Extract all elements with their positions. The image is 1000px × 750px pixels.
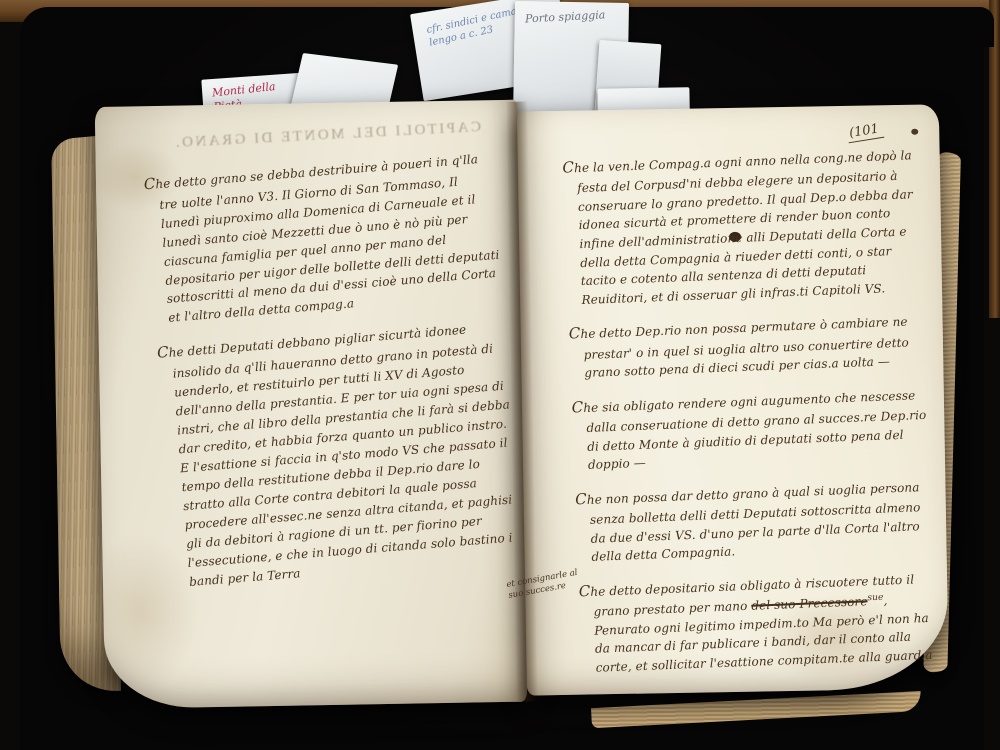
manuscript-paragraph: Che non possa dar detto grano à qual si …	[575, 475, 934, 568]
interlinear-insertion: sue	[867, 593, 883, 604]
wooden-table-edge-right	[989, 0, 1000, 318]
right-page-text-block: Che la ven.le Compag.a ogni anno nella c…	[562, 143, 938, 691]
black-cloth-backdrop-step	[878, 7, 994, 47]
manuscript-paragraph: Che detti Deputati debbano pigliar sicur…	[156, 315, 527, 593]
bookmark-label: Porto spiaggia	[514, 1, 629, 27]
manuscript-photo-scene: Monti della Pietà cfr. sindici e camar- …	[0, 0, 1000, 750]
left-page-text-block: Che detto grano se debba destribuire à p…	[143, 146, 528, 606]
manuscript-paragraph: Che detto Dep.rio non possa permutare ò …	[568, 309, 926, 383]
open-manuscript-book: CAPITOLI DEL MONTE DI GRANO. Che detto g…	[51, 88, 952, 727]
manuscript-paragraph: Che la ven.le Compag.a ogni anno nella c…	[562, 143, 924, 310]
manuscript-paragraph: Che detto grano se debba destribuire à p…	[143, 146, 506, 329]
struck-through-text: del suo Precessore	[751, 594, 868, 612]
manuscript-paragraph-with-correction: Che detto depositario sia obligato à ris…	[578, 567, 937, 678]
manuscript-paragraph: Che sia obligato rendere ogni augumento …	[571, 383, 930, 476]
